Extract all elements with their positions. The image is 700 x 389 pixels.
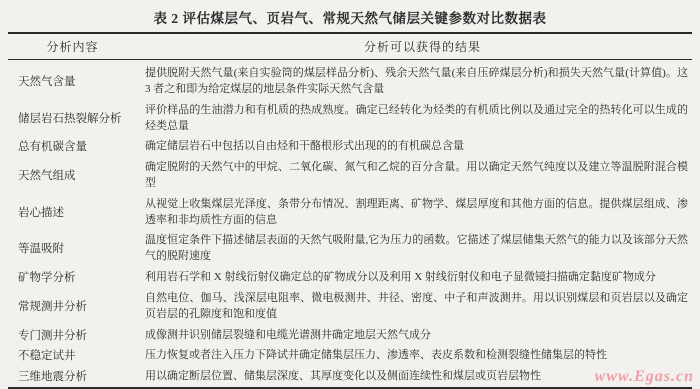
row-content: 成像测井识别储层裂缝和电缆光谱测井确定地层天然气成分: [145, 327, 700, 343]
table-row: 总有机碳含量 确定储层岩石中包括以自由烃和干酪根形式出现的的有机碳总含量: [0, 138, 700, 154]
table-row: 常规测井分析 自然电位、伽马、浅深层电阻率、微电极测井、井径、密度、中子和声波测…: [0, 290, 700, 322]
row-label: 等温吸附: [0, 240, 145, 256]
row-content: 温度恒定条件下描述储层表面的天然气吸附量,它为压力的函数。它描述了煤层储集天然气…: [145, 232, 700, 264]
row-label: 不稳定试井: [0, 347, 145, 363]
table-row: 岩心描述 从视觉上收集煤层光泽度、条带分布情况、割理距离、矿物学、煤层厚度和其他…: [0, 196, 700, 228]
table-title: 表 2 评估煤层气、页岩气、常规天然气储层关键参数对比数据表: [0, 0, 700, 32]
table-body: 天然气含量 提供脱附天然气量(来自实验筒的煤层样品分析)、残余天然气量(来自压碎…: [0, 60, 700, 387]
row-label: 天然气含量: [0, 73, 145, 89]
table-row: 专门测井分析 成像测井识别储层裂缝和电缆光谱测井确定地层天然气成分: [0, 327, 700, 343]
row-label: 岩心描述: [0, 204, 145, 220]
row-content: 评价样品的生油潜力和有机质的热成熟度。确定已经转化为烃类的有机质比例以及通过完全…: [145, 102, 700, 134]
table-header-row: 分析内容 分析可以获得的结果: [0, 34, 700, 59]
column-header-analysis-item: 分析内容: [0, 38, 145, 55]
table-row: 不稳定试井 压力恢复或者注入压力下降试井确定储集层压力、渗透率、表皮系数和检测裂…: [0, 347, 700, 363]
column-header-analysis-result: 分析可以获得的结果: [145, 38, 700, 55]
row-label: 储层岩石热裂解分析: [0, 110, 145, 126]
table-row: 储层岩石热裂解分析 评价样品的生油潜力和有机质的热成熟度。确定已经转化为烃类的有…: [0, 102, 700, 134]
row-content: 确定储层岩石中包括以自由烃和干酪根形式出现的的有机碳总含量: [145, 138, 700, 154]
row-content: 压力恢复或者注入压力下降试井确定储集层压力、渗透率、表皮系数和检测裂缝性储集层的…: [145, 347, 700, 363]
watermark-url: www.Egas.cn: [595, 368, 694, 386]
row-label: 总有机碳含量: [0, 138, 145, 154]
table-row: 矿物学分析 利用岩石学和 X 射线衍射仪确定总的矿物成分以及利用 X 射线衍射仪…: [0, 269, 700, 285]
row-content: 确定脱附的天然气中的甲烷、二氧化碳、氮气和乙烷的百分含量。用以确定天然气纯度以及…: [145, 159, 700, 191]
row-content: 从视觉上收集煤层光泽度、条带分布情况、割理距离、矿物学、煤层厚度和其他方面的信息…: [145, 196, 700, 228]
row-label: 常规测井分析: [0, 298, 145, 314]
row-label: 天然气组成: [0, 167, 145, 183]
table-row: 等温吸附 温度恒定条件下描述储层表面的天然气吸附量,它为压力的函数。它描述了煤层…: [0, 232, 700, 264]
scanned-table-page: 表 2 评估煤层气、页岩气、常规天然气储层关键参数对比数据表 分析内容 分析可以…: [0, 0, 700, 389]
table-row: 天然气组成 确定脱附的天然气中的甲烷、二氧化碳、氮气和乙烷的百分含量。用以确定天…: [0, 159, 700, 191]
row-label: 矿物学分析: [0, 269, 145, 285]
row-label: 三维地震分析: [0, 368, 145, 384]
row-content: 利用岩石学和 X 射线衍射仪确定总的矿物成分以及利用 X 射线衍射仪和电子显微镜…: [145, 269, 700, 285]
row-label: 专门测井分析: [0, 327, 145, 343]
row-content: 自然电位、伽马、浅深层电阻率、微电极测井、井径、密度、中子和声波测井。用以识别煤…: [145, 290, 700, 322]
table-row: 天然气含量 提供脱附天然气量(来自实验筒的煤层样品分析)、残余天然气量(来自压碎…: [0, 65, 700, 97]
row-content: 提供脱附天然气量(来自实验筒的煤层样品分析)、残余天然气量(来自压碎煤层分析)和…: [145, 65, 700, 97]
